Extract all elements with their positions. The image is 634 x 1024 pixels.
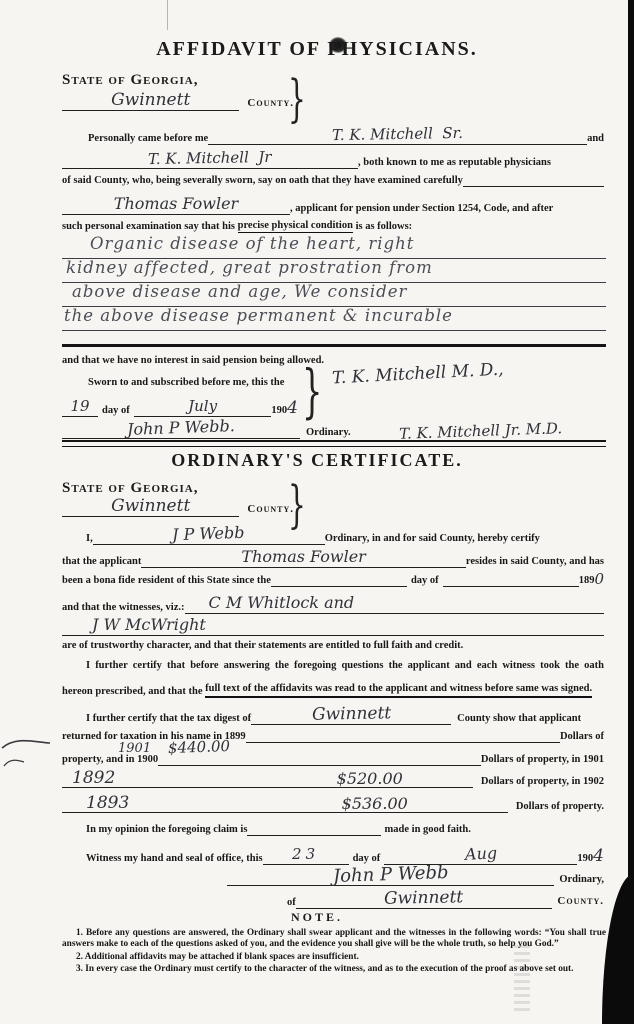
examined-fill-line <box>463 173 604 187</box>
diagnosis-text-1: Organic disease of the heart, right <box>62 236 414 253</box>
oath1-label: I further certify that before answering … <box>62 659 604 672</box>
witness1-handwriting: C M Whitlock and <box>185 595 355 611</box>
oath2-underlined: full text of the affidavits was read to … <box>205 682 592 698</box>
witness-seal-line: Witness my hand and seal of office, this… <box>62 846 604 865</box>
seal-day-blank: 23 <box>263 846 349 865</box>
month-blank: July <box>134 398 272 417</box>
ordinary-signature-blank: John P Webb. <box>62 420 300 439</box>
day-blank: 19 <box>62 398 98 417</box>
double-rule <box>62 440 606 447</box>
state-line-2: State of Georgia, <box>62 480 604 497</box>
county-handwriting: Gwinnett <box>111 498 190 515</box>
resident-fill-1 <box>271 573 407 587</box>
section-rule <box>62 344 606 347</box>
applicant-after-label: , applicant for pension under Section 12… <box>290 202 553 215</box>
hw-440: $440.00 <box>168 739 231 756</box>
condition-line: such personal examination say that his p… <box>62 219 604 233</box>
county-blank: Gwinnett <box>62 92 239 111</box>
of-label: of <box>287 896 296 909</box>
brace-icon: } <box>302 357 322 425</box>
tax-digest-line: I further certify that the tax digest of… <box>62 706 604 725</box>
and-label: and <box>587 132 604 145</box>
hw-1893: 1893 <box>62 795 129 812</box>
diagnosis-line-1: Organic disease of the heart, right <box>62 236 606 259</box>
applicant-line: Thomas Fowler , applicant for pension un… <box>62 196 604 215</box>
witnesses-line: and that the witnesses, viz.: C M Whitlo… <box>62 595 604 614</box>
oath-line-1: I further certify that before answering … <box>62 659 604 672</box>
seal-day-handwriting: 23 <box>292 847 319 862</box>
seal-month-blank: Aug <box>384 846 577 865</box>
witnesses-label: and that the witnesses, viz.: <box>62 601 185 614</box>
seal-month-handwriting: Aug <box>464 845 497 863</box>
note-item-2: 2. Additional affidavits may be attached… <box>62 952 606 963</box>
seal-year-printed: 190 <box>577 852 593 865</box>
opinion-suffix: made in good faith. <box>381 823 471 836</box>
of-county-blank: Gwinnett <box>296 890 553 909</box>
county-line-1: Gwinnett County. <box>62 92 294 111</box>
diagnosis-line-2: kidney affected, great prostration from <box>62 260 606 283</box>
applicant-prefix: that the applicant <box>62 555 141 568</box>
physician1-signature: T. K. Mitchell Sr. <box>332 126 463 143</box>
resident-label: been a bona fide resident of this State … <box>62 574 271 587</box>
day-handwriting: 19 <box>70 399 89 414</box>
amount-1893-line: 1893 $536.00 Dollars of property. <box>62 795 604 813</box>
applicant-suffix: resides in said County, and has <box>466 555 604 568</box>
margin-pen-mark <box>0 722 52 774</box>
county-blank: Gwinnett <box>62 498 239 517</box>
hw-520: $520.00 <box>337 771 403 787</box>
resident-year-printed: 189 <box>579 574 595 587</box>
trustworthy-line: are of trustworthy character, and that t… <box>62 639 604 652</box>
year-digit-handwriting: 4 <box>287 400 298 417</box>
applicant-blank: Thomas Fowler <box>62 196 290 215</box>
examined-label: of said County, who, being severally swo… <box>62 174 463 187</box>
scan-line-artifact <box>167 0 168 30</box>
of-county-handwriting: Gwinnett <box>384 889 463 907</box>
dollars-plain-label: Dollars of property. <box>508 800 604 813</box>
of-county-line: of Gwinnett County. <box>62 890 604 909</box>
witness2-line: J W McWright <box>62 617 604 636</box>
year-printed: 190 <box>271 404 287 417</box>
tax-county-blank: Gwinnett <box>251 706 451 725</box>
condition-underlined: precise physical condition <box>238 219 353 233</box>
cert-applicant-line: that the applicant Thomas Fowler resides… <box>62 549 604 568</box>
condition-suffix: is as follows: <box>353 220 412 233</box>
county-label: County. <box>247 503 294 517</box>
seal-signature-blank: John P Webb <box>227 866 554 886</box>
physician2-signature: T. K. Mitchell Jr <box>148 150 272 167</box>
month-handwriting: July <box>188 399 217 414</box>
resident-fill-2 <box>443 573 579 587</box>
county-line-2: Gwinnett County. <box>62 498 294 517</box>
state-label: State of Georgia, <box>62 480 198 497</box>
trustworthy-label: are of trustworthy character, and that t… <box>62 639 463 652</box>
affidavit-title: AFFIDAVIT OF PHYSICIANS. <box>0 38 634 61</box>
hw-536: $536.00 <box>342 796 408 812</box>
scan-edge-strip <box>628 0 634 1024</box>
cert-applicant-handwriting: Thomas Fowler <box>241 549 365 565</box>
hw-1901: 1901 <box>118 742 151 755</box>
witness-seal-label: Witness my hand and seal of office, this <box>62 852 263 865</box>
both-known-label: , both known to me as reputable physicia… <box>358 156 551 169</box>
of-county-label: County. <box>552 895 604 909</box>
county-handwriting: Gwinnett <box>111 92 190 109</box>
oath-line-2: hereon prescribed, and that the full tex… <box>62 682 604 698</box>
no-interest-line: and that we have no interest in said pen… <box>62 354 604 367</box>
opinion-prefix: In my opinion the foregoing claim is <box>62 823 247 836</box>
sworn-line: Sworn to and subscribed before me, this … <box>62 376 294 389</box>
witness2-handwriting: J W McWright <box>62 617 206 633</box>
returned-fill <box>246 729 560 743</box>
ordinary-label: Ordinary. <box>300 426 357 439</box>
hw-1892: 1892 <box>62 770 115 787</box>
ordinary-name-blank: J P Webb <box>93 526 325 545</box>
date-line: 19 day of July 190 4 <box>62 398 298 417</box>
resident-day-of: day of <box>407 574 443 587</box>
resident-year-digit: 0 <box>594 572 604 587</box>
seal-signature-line: John P Webb Ordinary, <box>62 866 604 886</box>
seal-ordinary-label: Ordinary, <box>554 873 604 886</box>
tax-county-handwriting: Gwinnett <box>311 705 390 723</box>
applicant-name-handwriting: Thomas Fowler <box>114 196 238 212</box>
personally-label: Personally came before me <box>62 132 208 145</box>
note-item-3: 3. In every case the Ordinary must certi… <box>62 964 606 975</box>
tax-prefix: I further certify that the tax digest of <box>62 712 251 725</box>
no-interest-label: and that we have no interest in said pen… <box>62 354 324 367</box>
resident-line: been a bona fide resident of this State … <box>62 572 604 587</box>
oath2-prefix: hereon prescribed, and that the <box>62 685 205 698</box>
scanned-affidavit-document: AFFIDAVIT OF PHYSICIANS. State of Georgi… <box>0 0 634 1024</box>
witness2-blank: J W McWright <box>62 617 604 636</box>
day-of-label: day of <box>98 404 134 417</box>
opinion-line: In my opinion the foregoing claim is mad… <box>62 822 604 836</box>
condition-prefix: such personal examination say that his <box>62 220 238 233</box>
ordinary-signature: John P Webb. <box>127 418 235 438</box>
seal-year-digit: 4 <box>593 848 604 865</box>
examined-line: of said County, who, being severally swo… <box>62 173 604 187</box>
physician2-line: T. K. Mitchell Jr , both known to me as … <box>62 150 604 169</box>
county-label: County. <box>247 97 294 111</box>
note-heading: NOTE. <box>0 910 634 925</box>
physician1-blank: T. K. Mitchell Sr. <box>208 126 587 145</box>
opinion-fill <box>247 822 380 836</box>
diagnosis-text-3: above disease and age, We consider <box>62 284 407 301</box>
scan-corner-shadow <box>602 874 634 1024</box>
state-line-1: State of Georgia, <box>62 72 604 89</box>
amount-1892-line: 1892 $520.00 Dollars of property, in 190… <box>62 770 604 788</box>
returned-dollars-of: Dollars of <box>560 730 604 743</box>
note-item-1: 1. Before any questions are answered, th… <box>62 928 606 951</box>
ordinary-signature-line: John P Webb. Ordinary. T. K. Mitchell Jr… <box>62 420 604 439</box>
i-after-label: Ordinary, in and for said County, hereby… <box>325 532 540 545</box>
brace-icon: } <box>288 69 306 128</box>
diagnosis-text-2: kidney affected, great prostration from <box>62 260 433 277</box>
seal-day-of-label: day of <box>349 852 385 865</box>
physician2-blank: T. K. Mitchell Jr <box>62 150 358 169</box>
diagnosis-line-4: the above disease permanent & incurable <box>62 308 606 331</box>
note-list: 1. Before any questions are answered, th… <box>62 928 606 976</box>
i-label: I, <box>62 532 93 545</box>
i-certify-line: I, J P Webb Ordinary, in and for said Co… <box>62 526 604 545</box>
diagnosis-line-3: above disease and age, We consider <box>62 284 606 307</box>
amount-1892-blank: 1892 $520.00 <box>62 770 473 788</box>
seal-signature: John P Webb <box>333 864 449 886</box>
personally-line: Personally came before me T. K. Mitchell… <box>62 126 604 145</box>
tax-suffix: County show that applicant <box>451 712 581 725</box>
witness1-blank: C M Whitlock and <box>185 595 605 614</box>
diagnosis-text-4: the above disease permanent & incurable <box>62 308 453 325</box>
state-label: State of Georgia, <box>62 72 198 89</box>
cert-applicant-blank: Thomas Fowler <box>141 549 466 568</box>
dollars-1901-label: Dollars of property, in 1901 <box>481 753 604 766</box>
sworn-label: Sworn to and subscribed before me, this … <box>62 376 284 389</box>
ordinary-name-handwriting: J P Webb <box>172 525 245 544</box>
amount-1893-blank: 1893 $536.00 <box>62 795 508 813</box>
dollars-1902-label: Dollars of property, in 1902 <box>473 775 604 788</box>
certificate-title: ORDINARY'S CERTIFICATE. <box>0 450 634 471</box>
